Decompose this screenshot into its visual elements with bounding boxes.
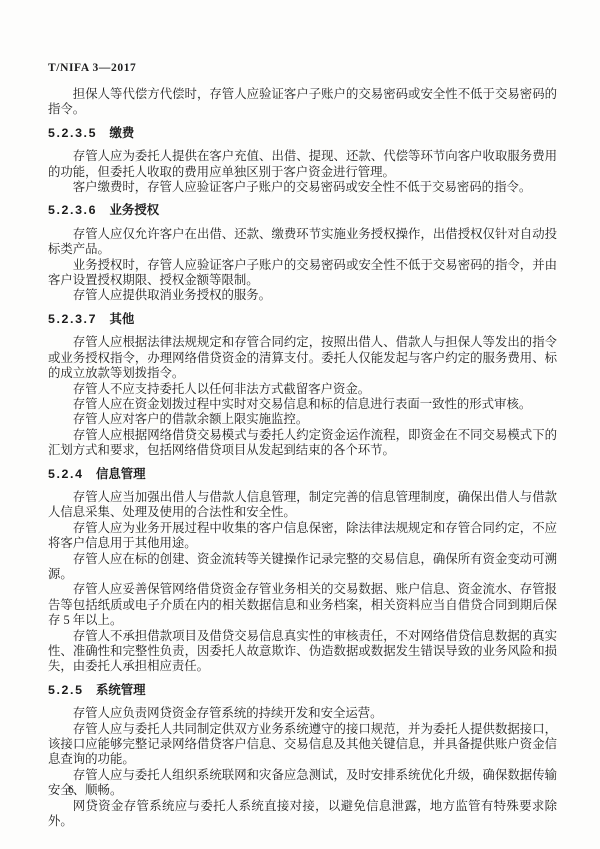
paragraph: 网贷资金存管系统应与委托人系统直接对接，以避免信息泄露，地方监管有特殊要求除外。 — [48, 799, 557, 830]
paragraph: 存管人应负责网贷资金存管系统的持续开发和安全运营。 — [48, 706, 557, 721]
paragraph: 担保人等代偿方代偿时，存管人应验证客户子账户的交易密码或安全性不低于交易密码的指… — [48, 87, 557, 118]
paragraph: 存管人应提供取消业务授权的服务。 — [48, 288, 557, 303]
paragraph: 存管人应为委托人提供在客户充值、出借、提现、还款、代偿等环节向客户收取服务费用的… — [48, 149, 557, 180]
paragraph: 存管人应根据网络借贷交易模式与委托人约定资金运作流程，即资金在不同交易模式下的汇… — [48, 428, 557, 459]
section-number: 5.2.3.5 — [48, 126, 97, 140]
paragraph: 存管人应在资金划拨过程中实时对交易信息和标的信息进行表面一致性的形式审核。 — [48, 397, 557, 412]
paragraph: 存管人应妥善保管网络借贷资金存管业务相关的交易数据、账户信息、资金流水、存管报告… — [48, 582, 557, 628]
page-number: 6 — [68, 784, 74, 796]
section-number: 5.2.4 — [48, 467, 84, 481]
document-code: T/NIFA 3—2017 — [48, 62, 557, 74]
paragraph: 存管人应仅允许客户在出借、还款、缴费环节实施业务授权操作，出借授权仅针对自动投标… — [48, 227, 557, 258]
paragraph: 存管人不承担借款项目及借贷交易信息真实性的审核责任，不对网络借贷信息数据的真实性… — [48, 629, 557, 675]
paragraph: 存管人应在标的创建、资金流转等关键操作记录完整的交易信息，确保所有资金变动可溯源… — [48, 552, 557, 583]
section-title: 其他 — [110, 312, 135, 326]
section-number: 5.2.3.7 — [48, 312, 97, 326]
section-number: 5.2.3.6 — [48, 203, 97, 217]
paragraph: 客户缴费时，存管人应验证客户子账户的交易密码或安全性不低于交易密码的指令。 — [48, 180, 557, 195]
section-heading: 5.2.5 系统管理 — [48, 683, 557, 698]
paragraph: 存管人应与委托人组织系统联网和灾备应急测试，及时安排系统优化升级，确保数据传输安… — [48, 768, 557, 799]
paragraph: 存管人不应支持委托人以任何非法方式截留客户资金。 — [48, 382, 557, 397]
document-page: T/NIFA 3—2017 担保人等代偿方代偿时，存管人应验证客户子账户的交易密… — [0, 0, 600, 849]
section-heading: 5.2.3.6 业务授权 — [48, 203, 557, 218]
paragraph: 业务授权时，存管人应验证客户子账户的交易密码或安全性不低于交易密码的指令，并由客… — [48, 258, 557, 289]
document-body: 担保人等代偿方代偿时，存管人应验证客户子账户的交易密码或安全性不低于交易密码的指… — [48, 87, 557, 829]
section-heading: 5.2.4 信息管理 — [48, 467, 557, 482]
paragraph: 存管人应当加强出借人与借款人信息管理，制定完善的信息管理制度，确保出借人与借款人… — [48, 490, 557, 521]
section-title: 信息管理 — [96, 467, 146, 481]
section-title: 缴费 — [110, 126, 135, 140]
paragraph: 存管人应对客户的借款余额上限实施监控。 — [48, 412, 557, 427]
paragraph: 存管人应根据法律法规规定和存管合同约定，按照出借人、借款人与担保人等发出的指令或… — [48, 335, 557, 381]
section-title: 系统管理 — [96, 683, 146, 697]
paragraph: 存管人应为业务开展过程中收集的客户信息保密，除法律法规规定和存管合同约定，不应将… — [48, 521, 557, 552]
section-number: 5.2.5 — [48, 683, 84, 697]
section-heading: 5.2.3.7 其他 — [48, 312, 557, 327]
paragraph: 存管人应与委托人共同制定供双方业务系统遵守的接口规范，并为委托人提供数据接口，该… — [48, 722, 557, 768]
section-title: 业务授权 — [110, 203, 160, 217]
section-heading: 5.2.3.5 缴费 — [48, 126, 557, 141]
